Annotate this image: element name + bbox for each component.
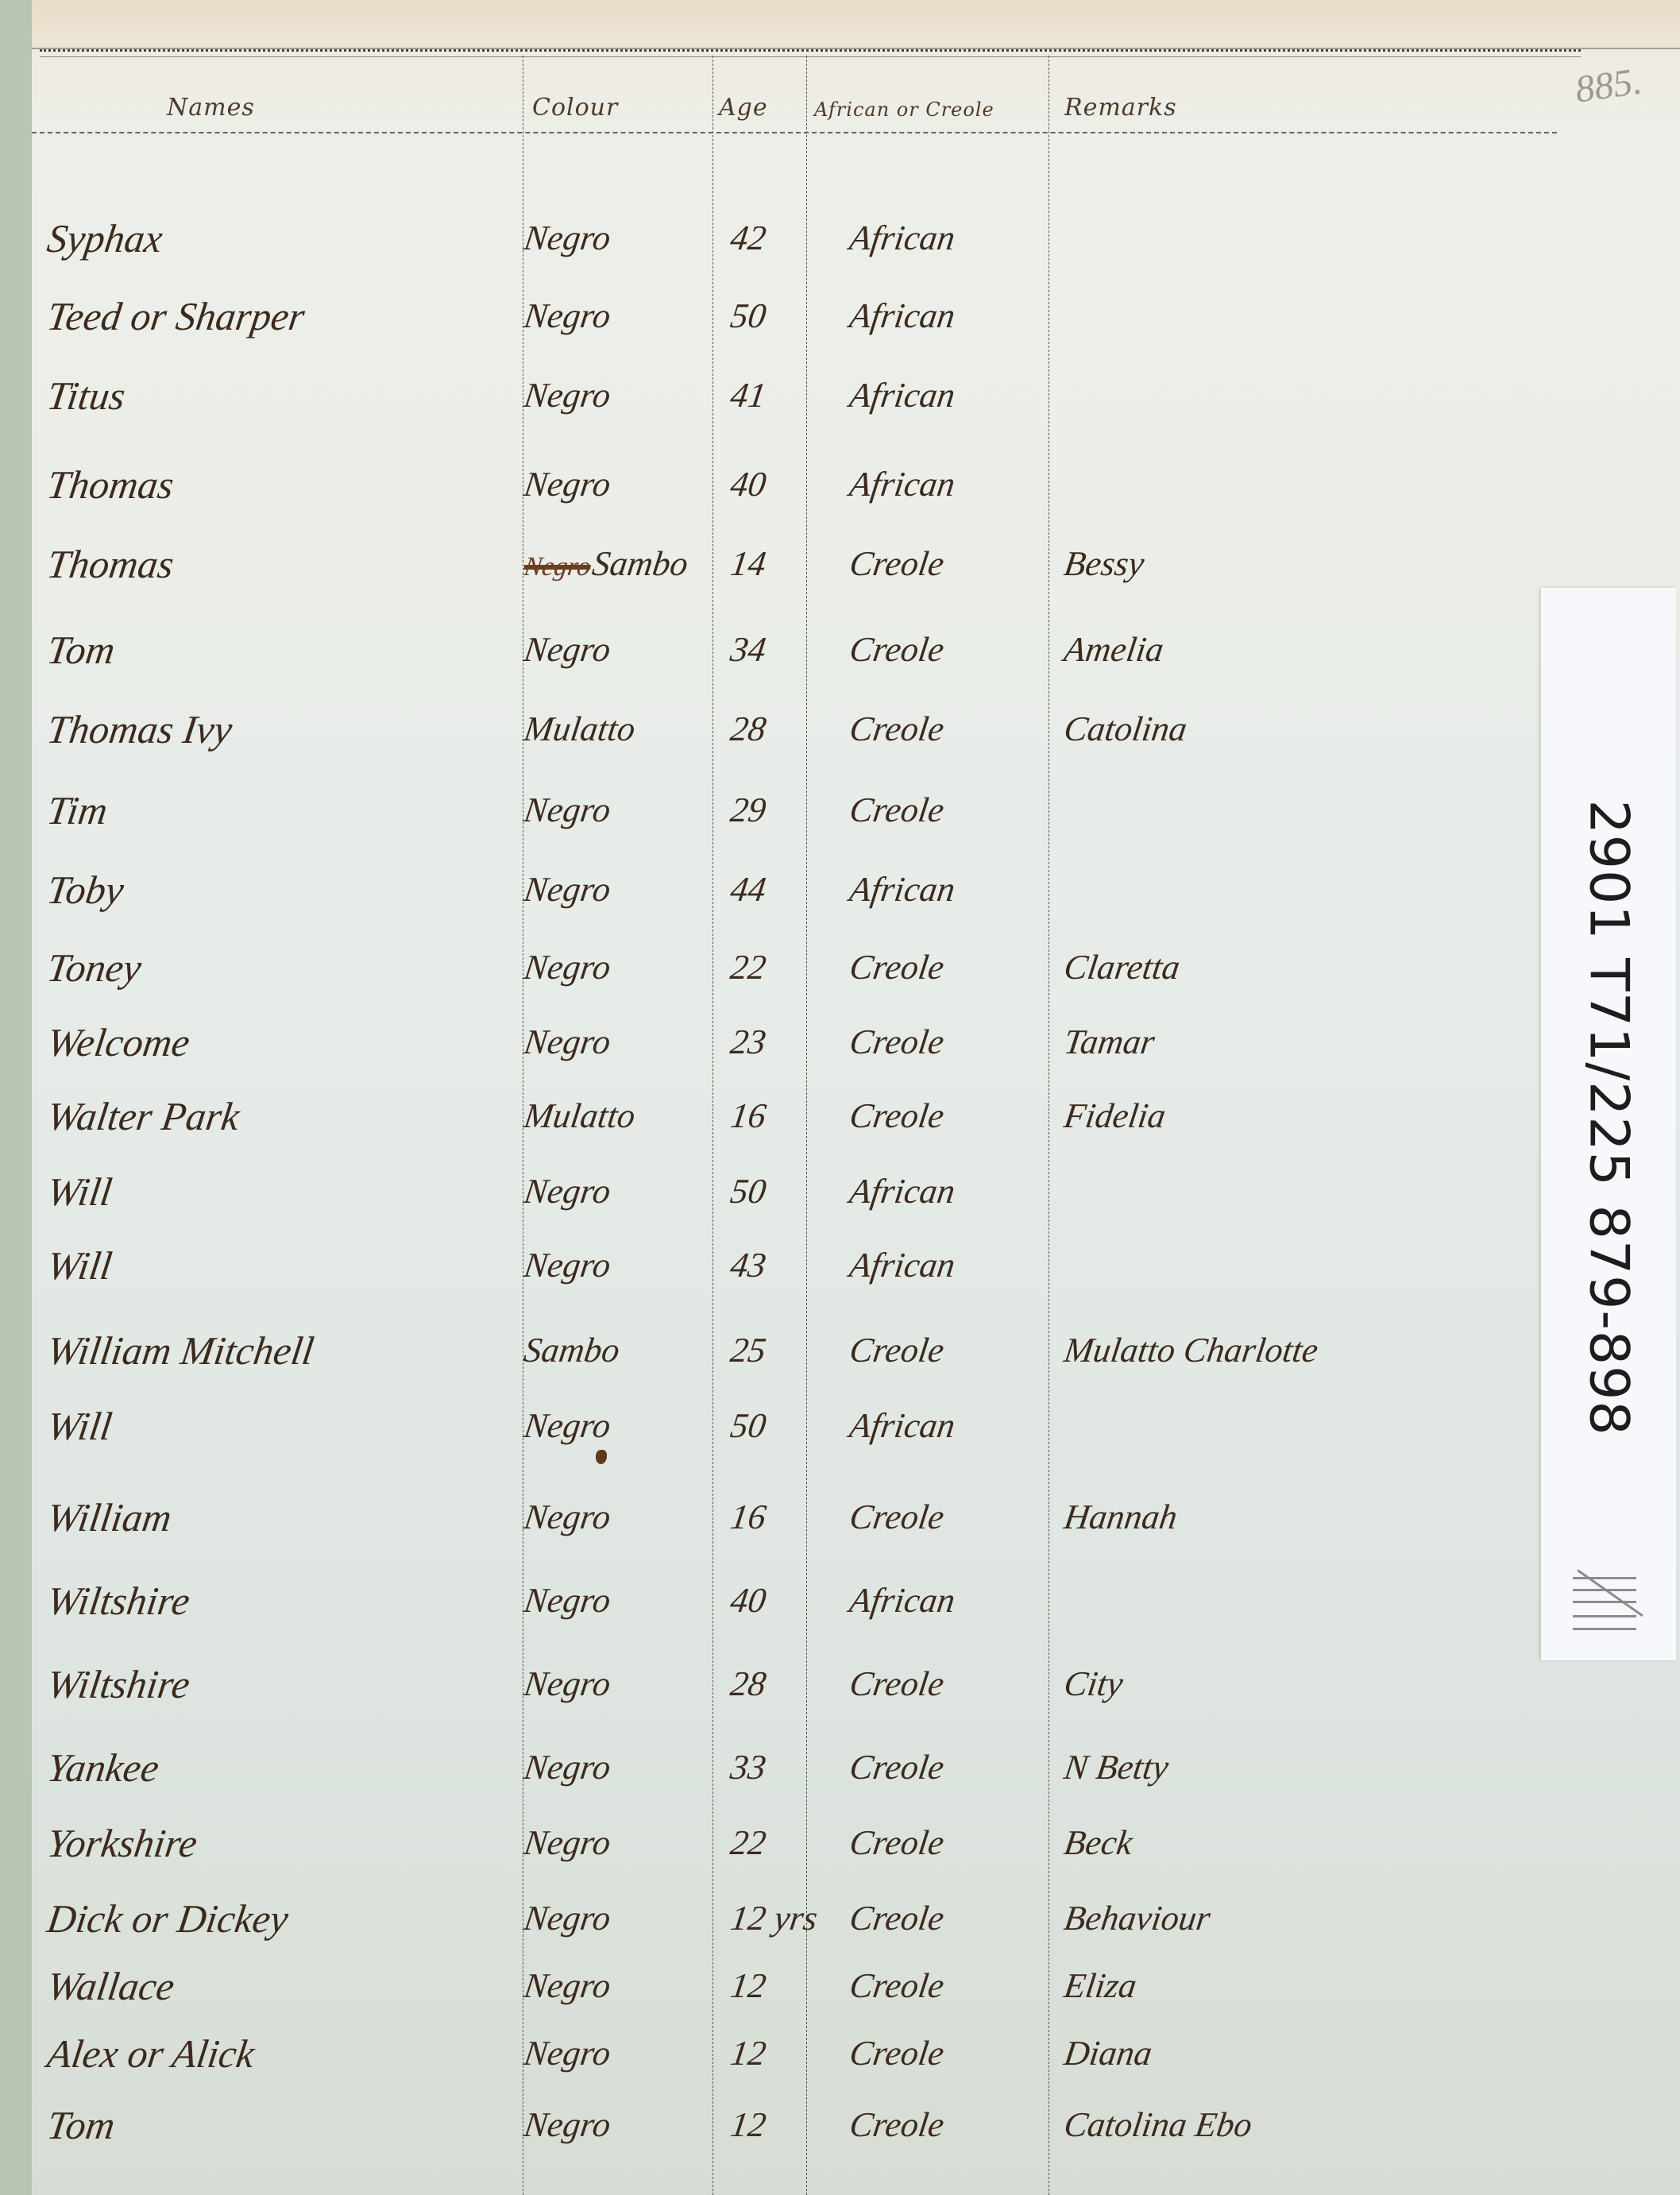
origin-cell: African [847,292,958,340]
name-cell: Wallace [44,1962,178,2010]
origin-cell: Creole [847,2030,948,2077]
table-row: Alex or Alick Negro 12 Creole Diana [32,2030,1557,2077]
remarks-cell: Mulatto Charlotte [1061,1327,1321,1374]
origin-cell: Creole [847,1744,948,1791]
table-row: Tom Negro 34 Creole Amelia [32,626,1557,674]
name-cell: Toney [44,944,145,991]
age-cell: 40 [728,1577,769,1625]
pencil-tally-mark [1573,1569,1636,1640]
table-row: Wiltshire Negro 28 Creole City [32,1660,1557,1708]
origin-cell: Creole [847,1092,948,1140]
age-cell: 25 [728,1327,769,1374]
origin-cell: Creole [847,1494,948,1541]
header-colour: Colour [532,94,618,122]
table-row: William Negro 16 Creole Hannah [32,1494,1557,1541]
table-row: Yankee Negro 33 Creole N Betty [32,1744,1557,1791]
colour-cell: Negro [521,2101,614,2149]
age-cell: 44 [728,866,769,914]
table-row: Thomas Ivy Mulatto 28 Creole Catolina [32,705,1557,753]
table-row: Walter Park Mulatto 16 Creole Fidelia [32,1092,1557,1140]
age-cell: 12 [728,2101,769,2149]
table-row: Toby Negro 44 African [32,866,1557,914]
colour-cell: Negro [521,2030,614,2077]
origin-cell: Creole [847,540,948,588]
origin-cell: Creole [847,1895,948,1942]
origin-cell: Creole [847,1819,948,1867]
corrected-colour: Sambo [590,544,691,583]
table-row: Will Negro 43 African [32,1242,1557,1289]
age-cell: 16 [728,1494,769,1541]
header-remarks: Remarks [1064,94,1177,122]
page-number: 885. [1573,59,1645,111]
remarks-cell: Eliza [1061,1962,1140,2010]
remarks-cell: Hannah [1061,1494,1180,1541]
table-row: Yorkshire Negro 22 Creole Beck [32,1819,1557,1867]
name-cell: Yorkshire [44,1819,200,1867]
age-cell: 12 [728,1962,769,2010]
origin-cell: Creole [847,944,948,991]
table-row: Titus Negro 41 African [32,372,1557,419]
origin-cell: Creole [847,786,948,834]
colour-cell: Negro [521,1819,614,1867]
origin-cell: African [847,214,958,262]
origin-cell: African [847,372,958,419]
name-cell: Thomas [44,540,177,588]
header-origin: African or Creole [814,99,994,121]
header-rule [32,132,1557,133]
remarks-cell: City [1061,1660,1126,1708]
origin-cell: African [847,866,958,914]
age-cell: 12 [728,2030,769,2077]
origin-cell: African [847,1402,958,1450]
name-cell: Dick or Dickey [44,1895,292,1942]
age-cell: 16 [728,1092,769,1140]
remarks-cell: Claretta [1061,944,1183,991]
archive-reference-label: 2901 T71/225 879-898 [1541,588,1676,1660]
age-cell: 42 [728,214,769,262]
age-cell: 50 [728,292,769,340]
age-cell: 23 [728,1018,769,1066]
colour-cell: Negro [521,1895,614,1942]
age-cell: 41 [728,372,769,419]
colour-cell: Negro [521,1402,614,1450]
colour-cell: Sambo [521,1327,623,1374]
colour-cell: Negro [521,214,614,262]
table-row: Dick or Dickey Negro 12 yrs Creole Behav… [32,1895,1557,1942]
colour-cell: Mulatto [521,1092,639,1140]
colour-cell: Negro [521,1744,614,1791]
name-cell: Welcome [44,1018,193,1066]
origin-cell: Creole [847,626,948,674]
table-row: Wallace Negro 12 Creole Eliza [32,1962,1557,2010]
table-row: Will Negro 50 African [32,1168,1557,1215]
colour-cell: Negro [521,1168,614,1215]
table-row: Thomas NegroSambo 14 Creole Bessy [32,540,1557,588]
colour-cell: Negro [521,866,614,914]
name-cell: Will [44,1168,115,1215]
colour-cell: Mulatto [521,705,639,753]
table-row: Wiltshire Negro 40 African [32,1577,1557,1625]
remarks-cell: Fidelia [1061,1092,1169,1140]
remarks-cell: Catolina [1061,705,1190,753]
table-row: Thomas Negro 40 African [32,461,1557,508]
age-cell: 50 [728,1402,769,1450]
table-row: Tim Negro 29 Creole [32,786,1557,834]
colour-cell: Negro [521,372,614,419]
table-row: Syphax Negro 42 African [32,214,1557,262]
origin-cell: Creole [847,1327,948,1374]
table-row: Teed or Sharper Negro 50 African [32,292,1557,340]
table-row: Toney Negro 22 Creole Claretta [32,944,1557,991]
name-cell: Syphax [44,214,166,262]
remarks-cell: Catolina Ebo [1061,2101,1255,2149]
age-cell: 29 [728,786,769,834]
colour-cell: Negro [521,1660,614,1708]
remarks-cell: Amelia [1061,626,1167,674]
origin-cell: Creole [847,1962,948,2010]
name-cell: Tom [44,2101,118,2149]
colour-cell: Negro [521,1494,614,1541]
name-cell: William [44,1494,175,1541]
origin-cell: African [847,461,958,508]
age-cell: 40 [728,461,769,508]
struck-colour: Negro [522,552,593,582]
remarks-cell: N Betty [1061,1744,1172,1791]
age-cell: 22 [728,1819,769,1867]
age-cell: 22 [728,944,769,991]
age-cell: 28 [728,705,769,753]
archive-reference-text: 2901 T71/225 879-898 [1578,800,1640,1436]
name-cell: Titus [44,372,129,419]
remarks-cell: Diana [1061,2030,1155,2077]
age-cell: 14 [728,540,769,588]
top-rule [40,49,1581,57]
name-cell: Walter Park [44,1092,243,1140]
ink-blot [596,1450,607,1464]
page-fold [32,0,1680,49]
remarks-cell: Bessy [1061,540,1148,588]
name-cell: Wiltshire [44,1660,193,1708]
name-cell: Will [44,1242,115,1289]
remarks-cell: Tamar [1061,1018,1158,1066]
name-cell: William Mitchell [44,1327,317,1374]
origin-cell: African [847,1577,958,1625]
name-cell: Teed or Sharper [44,292,308,340]
name-cell: Thomas [44,461,177,508]
remarks-cell: Beck [1061,1819,1136,1867]
colour-cell: Negro [521,1018,614,1066]
remarks-cell: Behaviour [1061,1895,1214,1942]
colour-cell: NegroSambo [521,540,692,591]
colour-cell: Negro [521,626,614,674]
header-age: Age [719,94,768,122]
register-page: 885. Names Colour Age African or Creole … [32,0,1680,2195]
age-cell: 43 [728,1242,769,1289]
origin-cell: Creole [847,1660,948,1708]
table-row: William Mitchell Sambo 25 Creole Mulatto… [32,1327,1557,1374]
table-row: Will Negro 50 African [32,1402,1557,1450]
colour-cell: Negro [521,944,614,991]
name-cell: Tom [44,626,118,674]
colour-cell: Negro [521,292,614,340]
age-cell: 33 [728,1744,769,1791]
origin-cell: African [847,1242,958,1289]
colour-cell: Negro [521,786,614,834]
origin-cell: Creole [847,2101,948,2149]
name-cell: Thomas Ivy [44,705,235,753]
colour-cell: Negro [521,1962,614,2010]
table-row: Tom Negro 12 Creole Catolina Ebo [32,2101,1557,2149]
colour-cell: Negro [521,1577,614,1625]
age-cell: 34 [728,626,769,674]
name-cell: Wiltshire [44,1577,193,1625]
origin-cell: Creole [847,705,948,753]
age-cell: 50 [728,1168,769,1215]
header-names: Names [167,94,255,122]
origin-cell: African [847,1168,958,1215]
table-row: Welcome Negro 23 Creole Tamar [32,1018,1557,1066]
name-cell: Will [44,1402,115,1450]
age-cell: 28 [728,1660,769,1708]
colour-cell: Negro [521,461,614,508]
origin-cell: Creole [847,1018,948,1066]
age-cell: 12 yrs [728,1895,821,1942]
name-cell: Yankee [44,1744,162,1791]
colour-cell: Negro [521,1242,614,1289]
name-cell: Tim [44,786,110,834]
name-cell: Alex or Alick [44,2030,258,2077]
name-cell: Toby [44,866,127,914]
